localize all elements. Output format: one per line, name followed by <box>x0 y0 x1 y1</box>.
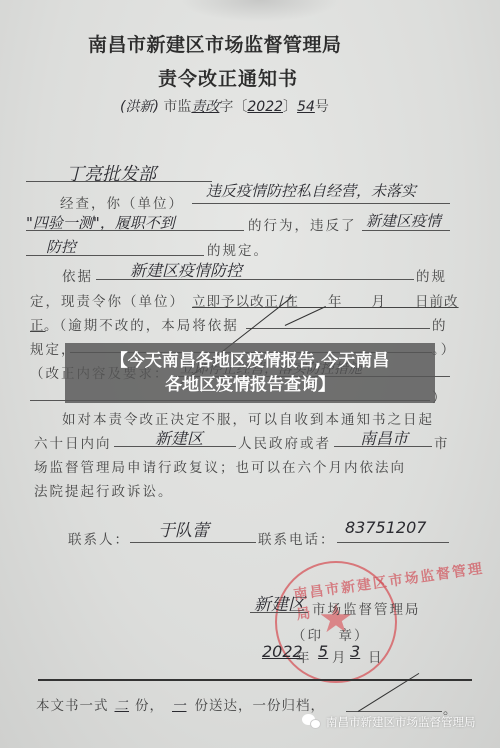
violation-line-1: 违反疫情防控私自经营，未落实 <box>206 180 416 201</box>
doc-year: 2022 <box>247 99 283 115</box>
copies-a: 本文书一式 <box>36 698 109 714</box>
para2-line3: 。（逾期不改的，本局将依据 <box>44 314 239 334</box>
para1-lead: 经查，你（单位） <box>60 192 184 212</box>
doc-type: 责改 <box>191 99 219 115</box>
signature-agency: 市场监督管理局 <box>312 598 421 618</box>
signature-district-underline <box>250 612 308 613</box>
copies-extra-underline <box>346 711 442 712</box>
violation-underline-1 <box>192 203 450 204</box>
doc-printed-1: 市监 <box>163 99 191 115</box>
copies-total: 二 <box>109 698 136 714</box>
para2-line3-end: 的 <box>432 314 448 334</box>
doc-number-value: 54 <box>297 99 315 115</box>
recipient-underline <box>26 181 212 182</box>
para3-line1: 如对本责令改正决定不服，可以自收到本通知书之日起 <box>62 408 434 428</box>
date-month-label: 月 <box>332 646 348 666</box>
para2-line1-end: 的规 <box>416 265 447 285</box>
para2-lead: 依据 <box>62 265 93 285</box>
seal-label: （印 章） <box>292 624 370 644</box>
para3-line4: 法院提起行政诉讼。 <box>34 480 174 500</box>
document-title: 责令改正通知书 <box>158 64 298 91</box>
date-month: 5 <box>318 642 328 661</box>
watermark-text: 南昌市新建区市场监督管理局 <box>326 714 476 730</box>
copies-b: 份， <box>135 698 164 714</box>
law-underline-2 <box>26 255 204 256</box>
doc-prefix: (洪新) <box>120 99 159 115</box>
para2-line2: 定，现责令你（单位） <box>30 290 185 310</box>
footer-copies: 本文书一式二份，一份送达，一份归档， <box>36 694 325 714</box>
contact-person-value: 于队蕾 <box>158 516 209 541</box>
date-day: 3 <box>350 642 360 661</box>
para3-line2-a: 六十日内向 <box>34 432 112 452</box>
wechat-icon <box>302 714 322 730</box>
agency-title: 南昌市新建区市场监督管理局 <box>88 30 342 57</box>
penalty-basis-underline <box>246 328 430 329</box>
para2-line4-end: 。） <box>432 338 456 358</box>
law-line-2: 防控 <box>46 236 76 257</box>
overlay-banner: 【今天南昌各地区疫情报告,今天南昌 各地区疫情报告查询】 <box>65 343 435 403</box>
doc-printed-3: 〕 <box>283 99 297 115</box>
copies-delivered: 一 <box>164 698 195 714</box>
document-number: (洪新) 市监责改字〔2022〕54号 <box>120 96 329 116</box>
basis-handwritten: 新建区疫情防控 <box>130 258 242 281</box>
para3-line3: 场监督管理局申请行政复议；也可以在六个月内依法向 <box>34 456 406 476</box>
contact-phone-label: 联系电话： <box>258 528 336 548</box>
banner-line-2: 各地区疫情报告查询】 <box>65 373 435 397</box>
doc-printed-2: 字〔 <box>219 99 247 115</box>
contact-phone-value: 83751207 <box>345 518 426 537</box>
contact-person-underline <box>130 542 256 543</box>
city-underline <box>334 446 432 447</box>
copies-c: 份送达，一份归档， <box>195 698 326 714</box>
law-underline-1 <box>362 230 450 231</box>
basis-underline <box>96 279 414 280</box>
violation-underline-2 <box>26 230 244 231</box>
top-shadow <box>180 0 340 22</box>
date-year-label: 年 <box>296 646 312 666</box>
date-day-label: 日 <box>368 646 384 666</box>
doc-suffix: 号 <box>315 99 329 115</box>
government-underline <box>114 446 236 447</box>
contact-phone-underline <box>337 542 449 543</box>
wechat-watermark: 南昌市新建区市场监督管理局 <box>302 714 476 730</box>
banner-line-1: 【今天南昌各地区疫情报告,今天南昌 <box>65 349 435 373</box>
law-line-1: 新建区疫情 <box>366 210 441 231</box>
recipient-name: 丁亮批发部 <box>66 160 156 186</box>
para3-line2-c: 市 <box>434 432 450 452</box>
para1-mid: 的行为，违反了 <box>248 214 357 234</box>
para1-end: 的规定。 <box>207 239 269 259</box>
contact-person-label: 联系人： <box>68 528 130 548</box>
para3-line2-b: 人民政府或者 <box>238 432 331 452</box>
